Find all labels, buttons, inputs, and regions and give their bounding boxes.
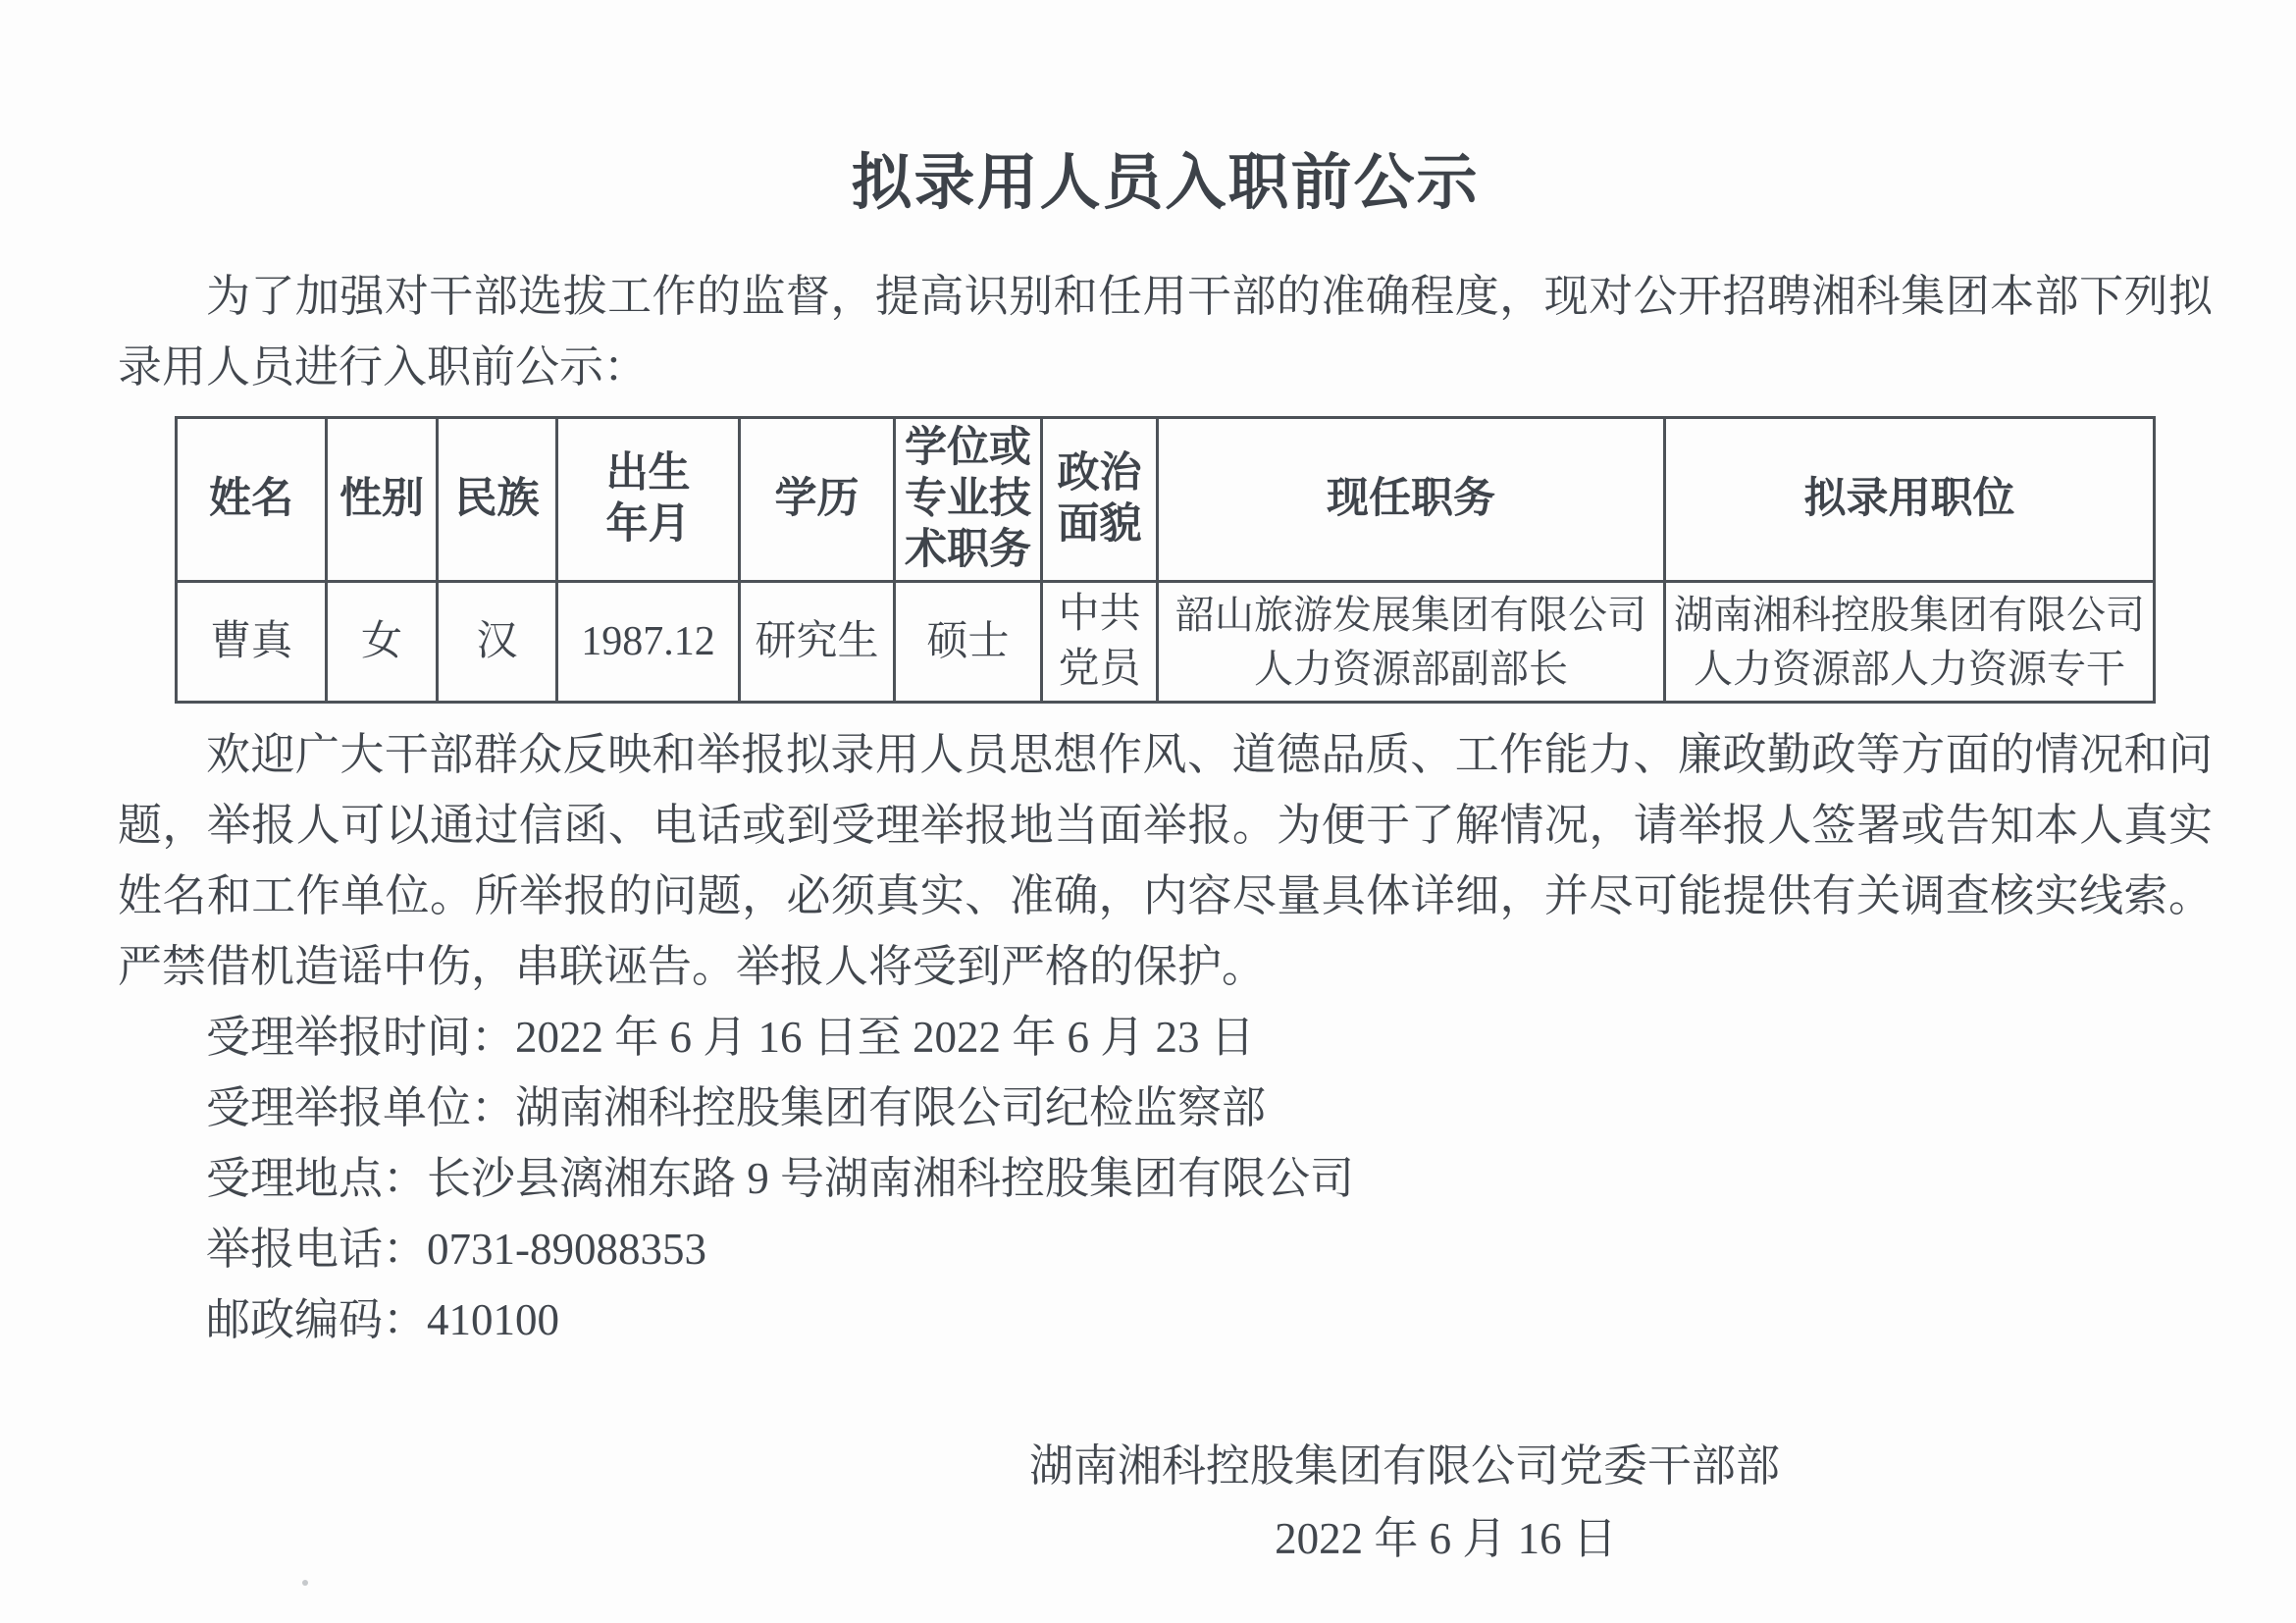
document-page: 拟录用人员入职前公示 为了加强对干部选拔工作的监督，提高识别和任用干部的准确程度… bbox=[0, 0, 2296, 1575]
cell-gender: 女 bbox=[327, 582, 438, 703]
cell-degree: 硕士 bbox=[895, 582, 1042, 703]
cell-current-position: 韶山旅游发展集团有限公司人力资源部副部长 bbox=[1158, 582, 1665, 703]
signature-line: 湖南湘科控股集团有限公司党委干部部 bbox=[357, 1430, 2296, 1502]
column-header-ethnicity-label: 民族 bbox=[455, 476, 540, 522]
contact-line-report-address: 受理地点：长沙县漓湘东路 9 号湖南湘科控股集团有限公司 bbox=[118, 1143, 2213, 1214]
column-header-political-status: 政治面貌 bbox=[1042, 418, 1158, 582]
table-header-row: 姓名 性别 民族 出生年月 学历 学位或专业技术职务 政治面貌 现任职务 拟录用… bbox=[177, 418, 2155, 582]
contact-line-report-phone: 举报电话：0731-89088353 bbox=[118, 1214, 2213, 1284]
candidates-table: 姓名 性别 民族 出生年月 学历 学位或专业技术职务 政治面貌 现任职务 拟录用… bbox=[175, 416, 2156, 704]
column-header-gender-label: 性别 bbox=[339, 476, 424, 522]
cell-political-status: 中共党员 bbox=[1042, 582, 1158, 703]
column-header-current-position-label: 现任职务 bbox=[1327, 476, 1495, 522]
column-header-ethnicity: 民族 bbox=[438, 418, 557, 582]
date-line: 2022 年 6 月 16 日 bbox=[398, 1502, 2296, 1575]
cell-birth-date: 1987.12 bbox=[557, 582, 740, 703]
cell-name: 曹真 bbox=[177, 582, 327, 703]
contact-line-postal-code: 邮政编码：410100 bbox=[118, 1284, 2213, 1355]
column-header-birth-date-label: 出生年月 bbox=[601, 448, 695, 550]
cell-education: 研究生 bbox=[740, 582, 895, 703]
column-header-political-status-label: 政治面貌 bbox=[1058, 450, 1142, 548]
column-header-current-position: 现任职务 bbox=[1158, 418, 1665, 582]
column-header-birth-date: 出生年月 bbox=[557, 418, 740, 582]
report-info-paragraph: 欢迎广大干部群众反映和举报拟录用人员思想作风、道德品质、工作能力、廉政勤政等方面… bbox=[118, 719, 2213, 1002]
cell-proposed-position: 湖南湘科控股集团有限公司人力资源部人力资源专干 bbox=[1665, 582, 2155, 703]
signature-block: 湖南湘科控股集团有限公司党委干部部 2022 年 6 月 16 日 bbox=[357, 1430, 2296, 1575]
contact-line-report-unit: 受理举报单位：湖南湘科控股集团有限公司纪检监察部 bbox=[118, 1073, 2213, 1143]
column-header-name-label: 姓名 bbox=[209, 476, 293, 522]
intro-paragraph: 为了加强对干部选拔工作的监督，提高识别和任用干部的准确程度，现对公开招聘湘科集团… bbox=[118, 261, 2213, 402]
scan-speck bbox=[302, 1580, 308, 1586]
contact-line-report-period: 受理举报时间：2022 年 6 月 16 日至 2022 年 6 月 23 日 bbox=[118, 1002, 2213, 1073]
column-header-education-label: 学历 bbox=[775, 476, 860, 522]
column-header-proposed-position: 拟录用职位 bbox=[1665, 418, 2155, 582]
column-header-name: 姓名 bbox=[177, 418, 327, 582]
column-header-proposed-position-label: 拟录用职位 bbox=[1804, 476, 2015, 522]
column-header-education: 学历 bbox=[740, 418, 895, 582]
column-header-degree-label: 学位或专业技术职务 bbox=[905, 425, 1031, 573]
column-header-degree: 学位或专业技术职务 bbox=[895, 418, 1042, 582]
document-title: 拟录用人员入职前公示 bbox=[118, 137, 2213, 230]
contact-section: 受理举报时间：2022 年 6 月 16 日至 2022 年 6 月 23 日 … bbox=[118, 1002, 2213, 1355]
cell-ethnicity: 汉 bbox=[438, 582, 557, 703]
column-header-gender: 性别 bbox=[327, 418, 438, 582]
table-row: 曹真 女 汉 1987.12 研究生 硕士 中共党员 韶山旅游发展集团有限公司人… bbox=[177, 582, 2155, 703]
